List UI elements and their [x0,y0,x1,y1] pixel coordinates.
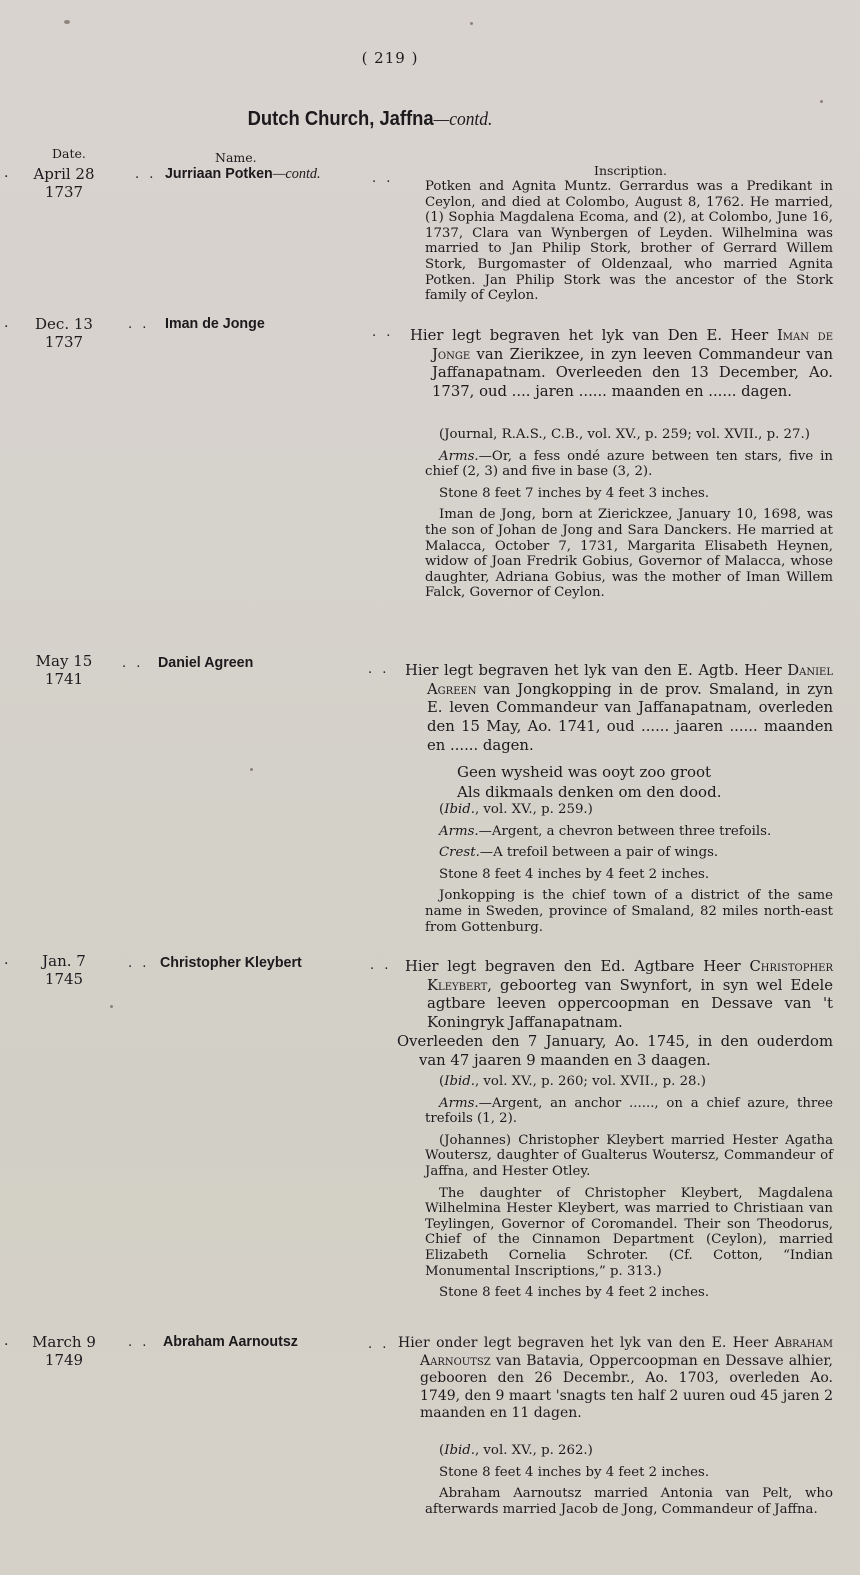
entry-inscription: Hier legt begraven het lyk van Den E. He… [410,327,833,408]
entry-notes: (Journal, R.A.S., C.B., vol. XV., p. 259… [425,427,833,607]
entry-inscription: Hier onder legt begraven het lyk van den… [398,1335,833,1429]
entry-notes: (Ibid., vol. XV., p. 260; vol. XVII., p.… [425,1074,833,1307]
epitaph-verse: Geen wysheid was ooyt zoo grootAls dikma… [457,762,833,802]
entry-notes: (Ibid., vol. XV., p. 259.) Arms.—Argent,… [425,802,833,941]
entry-date: April 281737 [24,165,104,201]
entry-date: Jan. 71745 [24,952,104,988]
entry-name: Jurriaan Potken—contd. [165,165,321,183]
column-header-inscription: Inscription. [594,163,667,178]
entry-name: Daniel Agreen [158,654,253,671]
entry-notes: (Ibid., vol. XV., p. 262.) Stone 8 feet … [425,1443,833,1523]
entry-date: Dec. 131737 [24,315,104,351]
entry-date: March 91749 [24,1333,104,1369]
entry-date: May 151741 [24,652,104,688]
entry-name: Abraham Aarnoutsz [163,1333,298,1350]
column-header-date: Date. [52,146,86,161]
page-number: ( 219 ) [0,49,780,67]
book-page: ( 219 ) Dutch Church, Jaffna—contd. Date… [0,0,860,1575]
entry-inscription: Hier legt begraven het lyk van den E. Ag… [405,662,833,808]
entry-name: Iman de Jonge [165,315,265,332]
entry-inscription: Potken and Agnita Muntz. Gerrardus was a… [425,179,833,310]
entry-inscription: Hier legt begraven den Ed. Agtbare Heer … [405,958,833,1076]
entry-name: Christopher Kleybert [160,954,302,971]
page-heading: Dutch Church, Jaffna—contd. [30,108,711,131]
column-header-name: Name. [215,150,257,165]
